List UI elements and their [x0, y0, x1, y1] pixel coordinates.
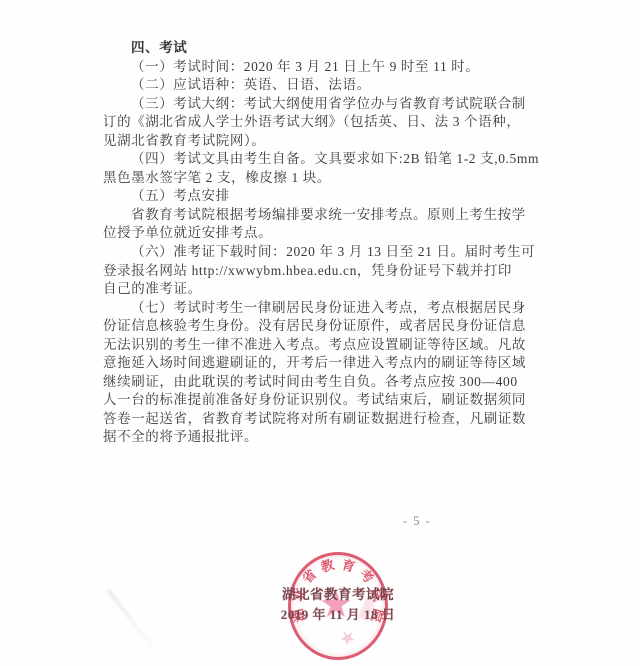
- text-line: （三）考试大纲：考试大纲使用省学位办与省教育考试院联合制: [103, 95, 529, 114]
- text-line: 人一台的标准提前准备好身份证识别仪。考试结束后，刷证数据须同: [103, 391, 529, 410]
- text-line: 订的《湖北省成人学士外语考试大纲》（包括英、日、法 3 个语种，: [103, 113, 529, 132]
- text-line: 份证信息核验考生身份。没有居民身份证原件，或者居民身份证信息: [103, 317, 529, 336]
- text-line: （六）准考证下载时间：2020 年 3 月 13 日至 21 日。届时考生可: [103, 243, 529, 262]
- text-line: 据不全的将予通报批评。: [103, 428, 529, 447]
- text-line: 黑色墨水签字笔 2 支，橡皮擦 1 块。: [103, 169, 529, 188]
- text-line: 意拖延入场时间逃避刷证的，开考后一律进入考点内的刷证等待区域: [103, 354, 529, 373]
- scan-smudge: [106, 589, 166, 664]
- text-line: （一）考试时间：2020 年 3 月 21 日上午 9 时至 11 时。: [103, 58, 529, 77]
- document-body: 四、考试 （一）考试时间：2020 年 3 月 21 日上午 9 时至 11 时…: [103, 39, 529, 447]
- text-line: 无法识别的考生一律不准进入考点。考点应设置刷证等待区域。凡故: [103, 336, 529, 355]
- text-line: 继续刷证，由此耽误的考试时间由考生自负。各考点应按 300—400: [103, 373, 529, 392]
- page-number: - 5 -: [403, 514, 431, 529]
- text-line: 自己的准考证。: [103, 280, 529, 299]
- text-line: （五）考点安排: [103, 187, 529, 206]
- text-line: 位授予单位就近安排考点。: [103, 224, 529, 243]
- document-page: 四、考试 （一）考试时间：2020 年 3 月 21 日上午 9 时至 11 时…: [0, 0, 640, 666]
- seal-org-name: 湖北省教育考试院: [282, 583, 394, 603]
- text-line: 见湖北省教育考试院网）。: [103, 132, 529, 151]
- text-line: （四）考试文具由考生自备。文具要求如下:2B 铅笔 1-2 支,0.5mm: [103, 150, 529, 169]
- text-line: （七）考试时考生一律刷居民身份证进入考点，考点根据居民身: [103, 299, 529, 318]
- text-line: （二）应试语种：英语、日语、法语。: [103, 76, 529, 95]
- section-heading: 四、考试: [103, 39, 529, 58]
- seal-date: 2019 年 11 月 18 日: [281, 604, 396, 623]
- official-seal: 湖北省教育考试院 ★ 湖北省教育考试院 2019 年 11 月 18 日: [288, 552, 388, 660]
- text-line: 答卷一起送省，省教育考试院将对所有刷证数据进行检查，凡刷证数: [103, 410, 529, 429]
- text-line: 登录报名网站 http://xwwybm.hbea.edu.cn，凭身份证号下载…: [103, 262, 529, 281]
- text-line: 省教育考试院根据考场编排要求统一安排考点。原则上考生按学: [103, 206, 529, 225]
